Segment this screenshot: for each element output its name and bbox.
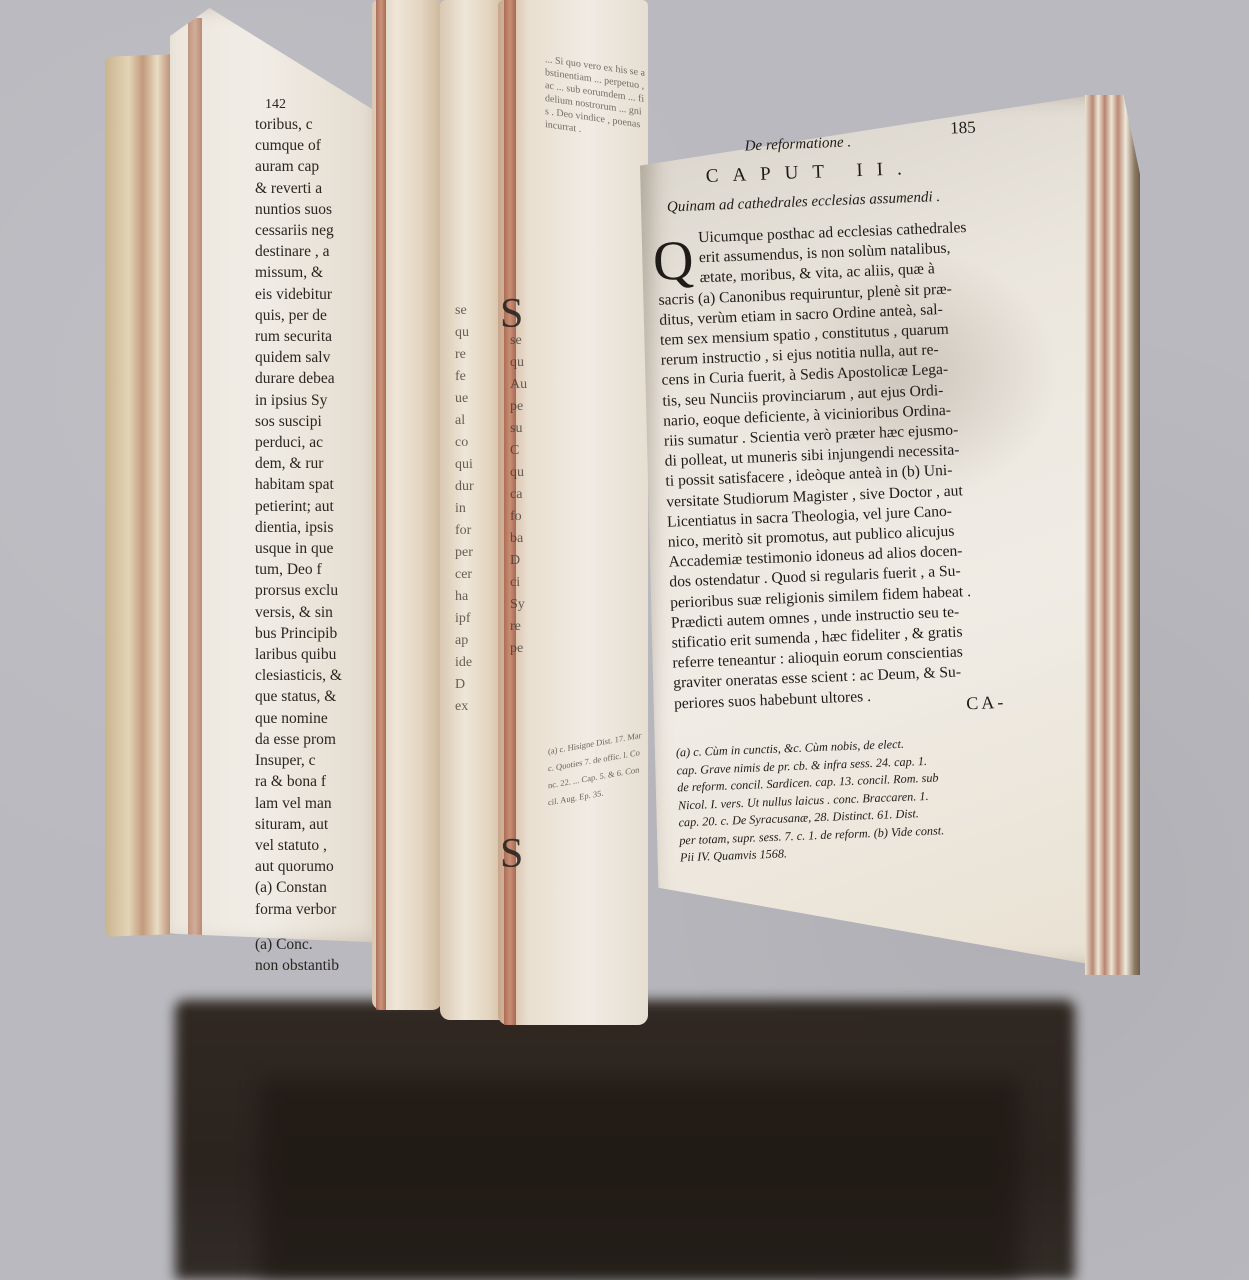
text-fragment: Sy: [510, 594, 534, 616]
text-fragment: ha: [455, 586, 479, 608]
book-shadow-core: [260, 1080, 1020, 1280]
leaf-initial: S: [500, 830, 523, 878]
text-fragment: ca: [510, 484, 534, 506]
text-fragment: D: [455, 674, 479, 696]
text-fragment: C: [510, 440, 534, 462]
leaf-initial: S: [500, 290, 523, 338]
text-fragment: pe: [510, 638, 534, 660]
text-fragment: ipf: [455, 608, 479, 630]
text-fragment: ap: [455, 630, 479, 652]
book-photo: 142 toribus, ccumque ofauram cap& revert…: [0, 0, 1249, 1280]
text-fragment: re: [510, 616, 534, 638]
text-fragment: in: [455, 498, 479, 520]
text-fragment: se: [455, 300, 479, 322]
text-fragment: dur: [455, 476, 479, 498]
text-fragment: re: [455, 344, 479, 366]
text-fragment: Au: [510, 374, 534, 396]
text-fragment: ue: [455, 388, 479, 410]
text-fragment: qu: [455, 322, 479, 344]
text-fragment: per: [455, 542, 479, 564]
text-fragment: qu: [510, 352, 534, 374]
text-fragment: ba: [510, 528, 534, 550]
red-page-edge: [376, 0, 386, 1010]
text-fragment: for: [455, 520, 479, 542]
text-fragment: ide: [455, 652, 479, 674]
text-fragment: ci: [510, 572, 534, 594]
text-fragment: fe: [455, 366, 479, 388]
text-fragment: qui: [455, 454, 479, 476]
leaf-column-text: sequrefeuealcoquidurinforpercerhaipfapid…: [455, 300, 479, 718]
leaf-column-text: sequAupesuCqucafobaDciSyrepe: [510, 330, 534, 660]
text-fragment: co: [455, 432, 479, 454]
footnotes: (a) c. Cùm in cunctis, &c. Cùm nobis, de…: [676, 732, 1000, 867]
red-page-edge: [188, 18, 202, 943]
text-fragment: qu: [510, 462, 534, 484]
catchword: CA-: [966, 692, 1007, 715]
chapter-body-text: Uicumque posthac ad ecclesias cathedrale…: [656, 218, 974, 714]
text-fragment: pe: [510, 396, 534, 418]
right-page-edges: [1085, 95, 1140, 975]
text-fragment: ex: [455, 696, 479, 718]
text-fragment: fo: [510, 506, 534, 528]
text-fragment: cer: [455, 564, 479, 586]
text-fragment: su: [510, 418, 534, 440]
fanned-leaf-1: [372, 0, 442, 1010]
text-fragment: D: [510, 550, 534, 572]
page-number: 185: [950, 118, 976, 139]
text-fragment: al: [455, 410, 479, 432]
